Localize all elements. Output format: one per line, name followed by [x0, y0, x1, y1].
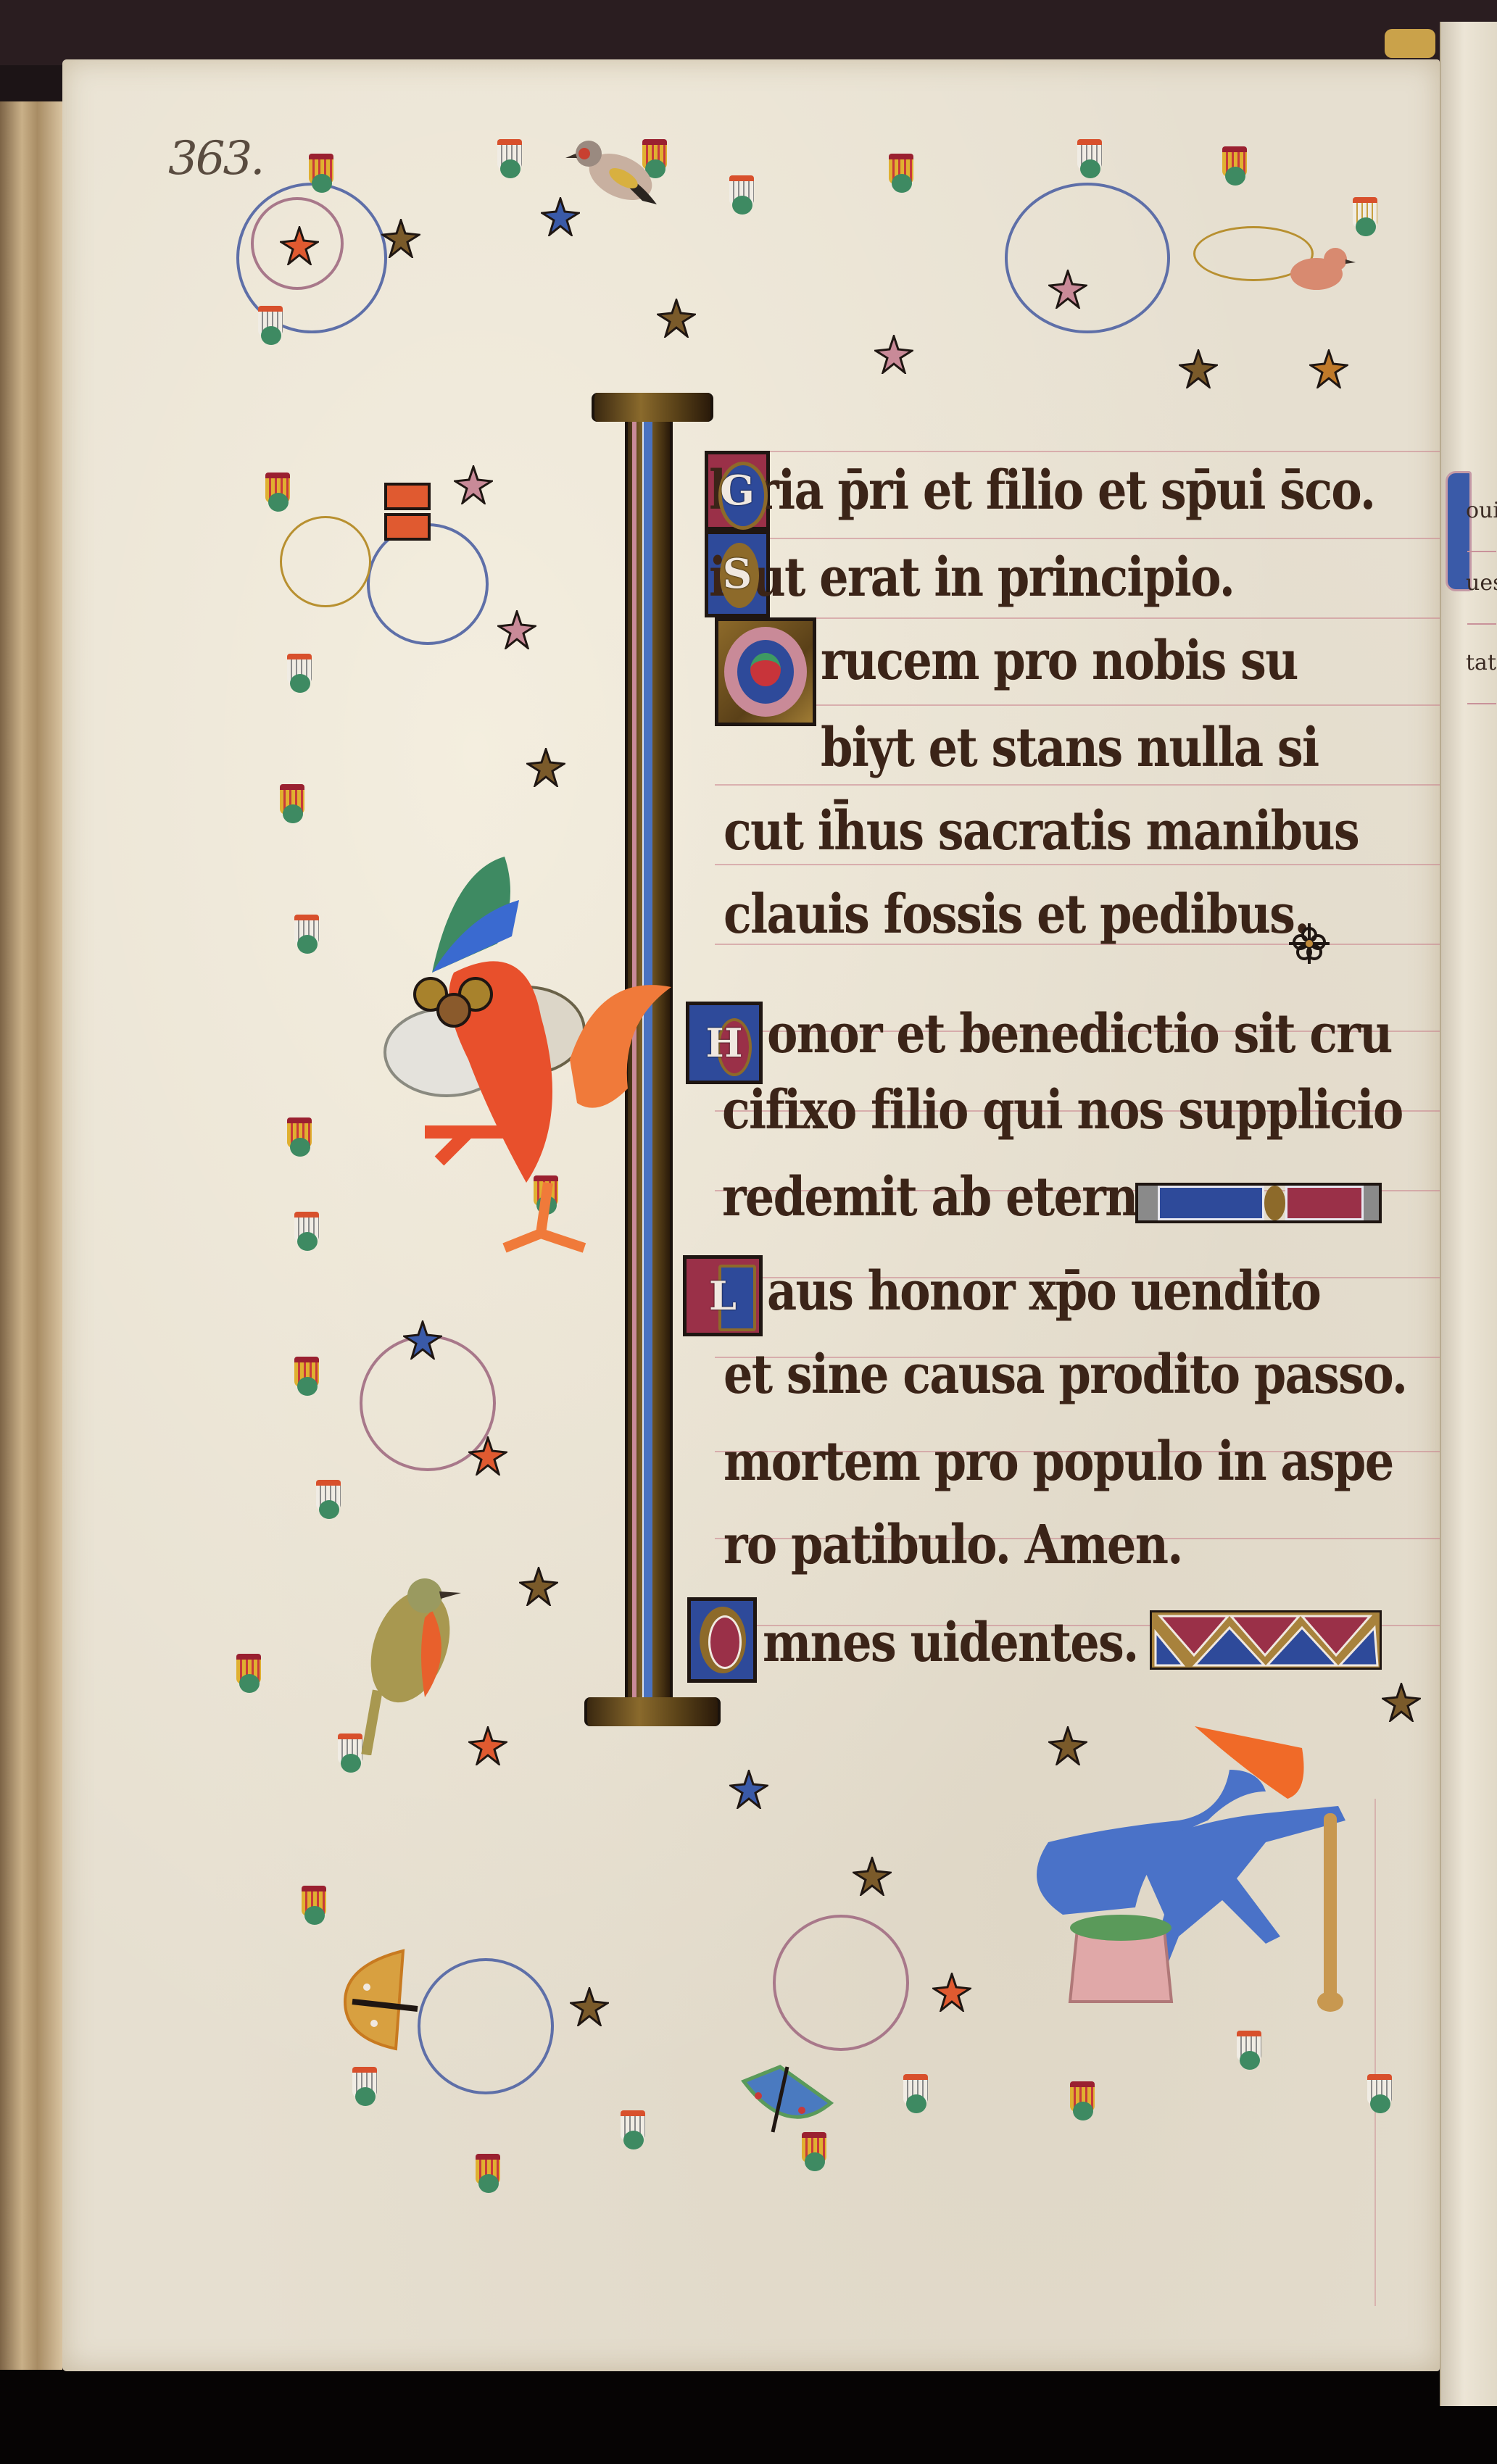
- flower-bud-icon: [497, 139, 522, 180]
- line-filler-bar: [1135, 1183, 1382, 1223]
- text-line-14: mnes uidentes.: [763, 1610, 1138, 1676]
- initial-c-flower: [750, 653, 781, 686]
- ivy-leaf-icon: [932, 1973, 971, 2012]
- flower-bud-icon: [1367, 2074, 1392, 2115]
- flower-bud-icon: [889, 154, 913, 194]
- ruling-line: [715, 538, 1440, 539]
- flower-bud-icon: [287, 654, 312, 694]
- initial-o-center: [708, 1615, 742, 1669]
- triangle-pattern-icon: [1150, 1610, 1382, 1670]
- ivy-leaf-icon: [454, 465, 493, 504]
- ivy-leaf-icon: [657, 299, 696, 338]
- text-line-1: loria p̄ri et filio et sp̄ui s̄co.: [709, 458, 1374, 523]
- line-filler-triangles: [1150, 1610, 1382, 1670]
- filler-seg-grey: [1364, 1186, 1379, 1220]
- initial-c: [715, 617, 816, 726]
- vine-scroll: [418, 1958, 554, 2094]
- backdrop-top: [0, 0, 1497, 65]
- initial-s-letter: S: [723, 550, 752, 598]
- flower-bud-icon: [258, 306, 283, 346]
- flower-bud-icon: [621, 2110, 645, 2151]
- manuscript-page: 363. G S H L loria p̄r: [62, 59, 1440, 2371]
- facing-page-text: tatchqui: [1466, 652, 1497, 674]
- flower-bud-icon: [1222, 146, 1247, 187]
- ivy-leaf-icon: [381, 219, 420, 258]
- robin-icon: [345, 1567, 476, 1755]
- filler-seg-grey: [1138, 1186, 1158, 1220]
- ivy-leaf-icon: [729, 1770, 768, 1809]
- flower-bud-icon: [265, 473, 290, 513]
- text-line-11: et sine causa prodito passo.: [723, 1342, 1406, 1407]
- folio-number: 363.: [168, 132, 263, 186]
- ivy-leaf-icon: [1048, 270, 1087, 309]
- text-line-10: aus honor xp̄o uendito: [767, 1259, 1320, 1324]
- ivy-leaf-icon: [280, 226, 319, 265]
- text-line-6: clauis fossis et pedibus.: [723, 882, 1309, 947]
- initial-h: H: [686, 1002, 763, 1084]
- book-edge-left: [0, 101, 62, 2370]
- text-line-8: cifixo filio qui nos supplicio: [722, 1078, 1403, 1143]
- ivy-leaf-icon: [403, 1320, 442, 1360]
- flower-bud-icon: [302, 1886, 326, 1926]
- filler-seg-blue: [1158, 1186, 1264, 1220]
- blue-butterfly-icon: [737, 2060, 838, 2139]
- text-line-5: cut ih̄us sacratis manibus: [723, 799, 1359, 864]
- facing-page-text: oui: [1466, 500, 1497, 522]
- ivy-leaf-icon: [1309, 349, 1348, 388]
- butterfly-orange-icon: [381, 480, 439, 545]
- flower-bud-icon: [294, 915, 319, 955]
- ruling-line: [715, 617, 1440, 619]
- text-line-4: biyt et stans nulla si: [821, 715, 1318, 781]
- flower-bud-icon: [476, 2154, 500, 2194]
- ruling-line: [715, 451, 1440, 452]
- flower-bud-icon: [1353, 197, 1377, 238]
- ivy-leaf-icon: [853, 1857, 892, 1896]
- facing-page-ruling: [1467, 681, 1496, 704]
- flower-bud-icon: [729, 175, 754, 216]
- flower-bud-icon: [1077, 139, 1102, 180]
- ivy-leaf-icon: [570, 1987, 609, 2026]
- text-line-9: redemit ab eterno.: [722, 1165, 1181, 1230]
- text-line-3: rucem pro nobis su: [821, 628, 1298, 694]
- flower-bud-icon: [316, 1480, 341, 1520]
- flower-bud-icon: [294, 1212, 319, 1252]
- text-line-7: onor et benedictio sit cru: [767, 1002, 1392, 1067]
- ivy-leaf-icon: [1179, 349, 1218, 388]
- vine-scroll: [280, 516, 371, 607]
- rosette-icon: [1287, 922, 1331, 965]
- initial-i-top-crossbar: [592, 393, 713, 422]
- text-line-12: mortem pro populo in aspe: [723, 1429, 1393, 1494]
- vine-scroll: [773, 1915, 909, 2051]
- cockerel-hybrid-icon: [381, 842, 686, 1277]
- pink-bird-icon: [1280, 241, 1360, 299]
- facing-page-edge: oui uesp tatchqui: [1440, 22, 1497, 2406]
- ivy-leaf-icon: [874, 335, 913, 374]
- initial-i-bottom-crossbar: [584, 1697, 721, 1726]
- filler-seg-red: [1285, 1186, 1363, 1220]
- facing-page-ruling: [1467, 602, 1496, 625]
- flower-bud-icon: [903, 2074, 928, 2115]
- blue-dragon-icon: [1005, 1697, 1411, 2016]
- flower-bud-icon: [294, 1357, 319, 1397]
- initial-o: [687, 1597, 757, 1683]
- text-line-13: ro patibulo. Amen.: [723, 1512, 1182, 1578]
- goldfinch-icon: [563, 132, 671, 219]
- ruling-line: [715, 704, 1440, 706]
- ivy-leaf-icon: [519, 1567, 558, 1606]
- ivy-leaf-icon: [526, 748, 565, 787]
- facing-page-text: uesp: [1466, 573, 1497, 594]
- flower-bud-icon: [309, 154, 333, 194]
- ruling-line: [715, 864, 1440, 865]
- initial-h-letter: H: [705, 1020, 742, 1066]
- ivy-leaf-icon: [497, 610, 536, 649]
- flower-bud-icon: [287, 1117, 312, 1158]
- flower-bud-icon: [236, 1654, 261, 1694]
- gold-butterfly-icon: [338, 1944, 425, 2052]
- flower-bud-icon: [1237, 2031, 1261, 2071]
- bookmark-ribbon: [1385, 29, 1435, 58]
- facing-page-ruling: [1467, 529, 1496, 552]
- flower-bud-icon: [280, 784, 304, 825]
- filler-seg-gold: [1264, 1186, 1285, 1220]
- initial-g-letter: G: [720, 467, 755, 515]
- ivy-leaf-icon: [468, 1436, 507, 1476]
- initial-l-letter: L: [709, 1273, 737, 1319]
- flower-bud-icon: [1070, 2081, 1095, 2122]
- vine-scroll: [1005, 183, 1170, 333]
- ruling-line: [715, 784, 1440, 786]
- backdrop-bottom: [0, 2370, 1497, 2464]
- flower-bud-icon: [352, 2067, 377, 2107]
- rosette-filler: [1287, 922, 1331, 965]
- text-line-2: icut erat in principio.: [709, 545, 1234, 610]
- initial-l: L: [683, 1255, 763, 1336]
